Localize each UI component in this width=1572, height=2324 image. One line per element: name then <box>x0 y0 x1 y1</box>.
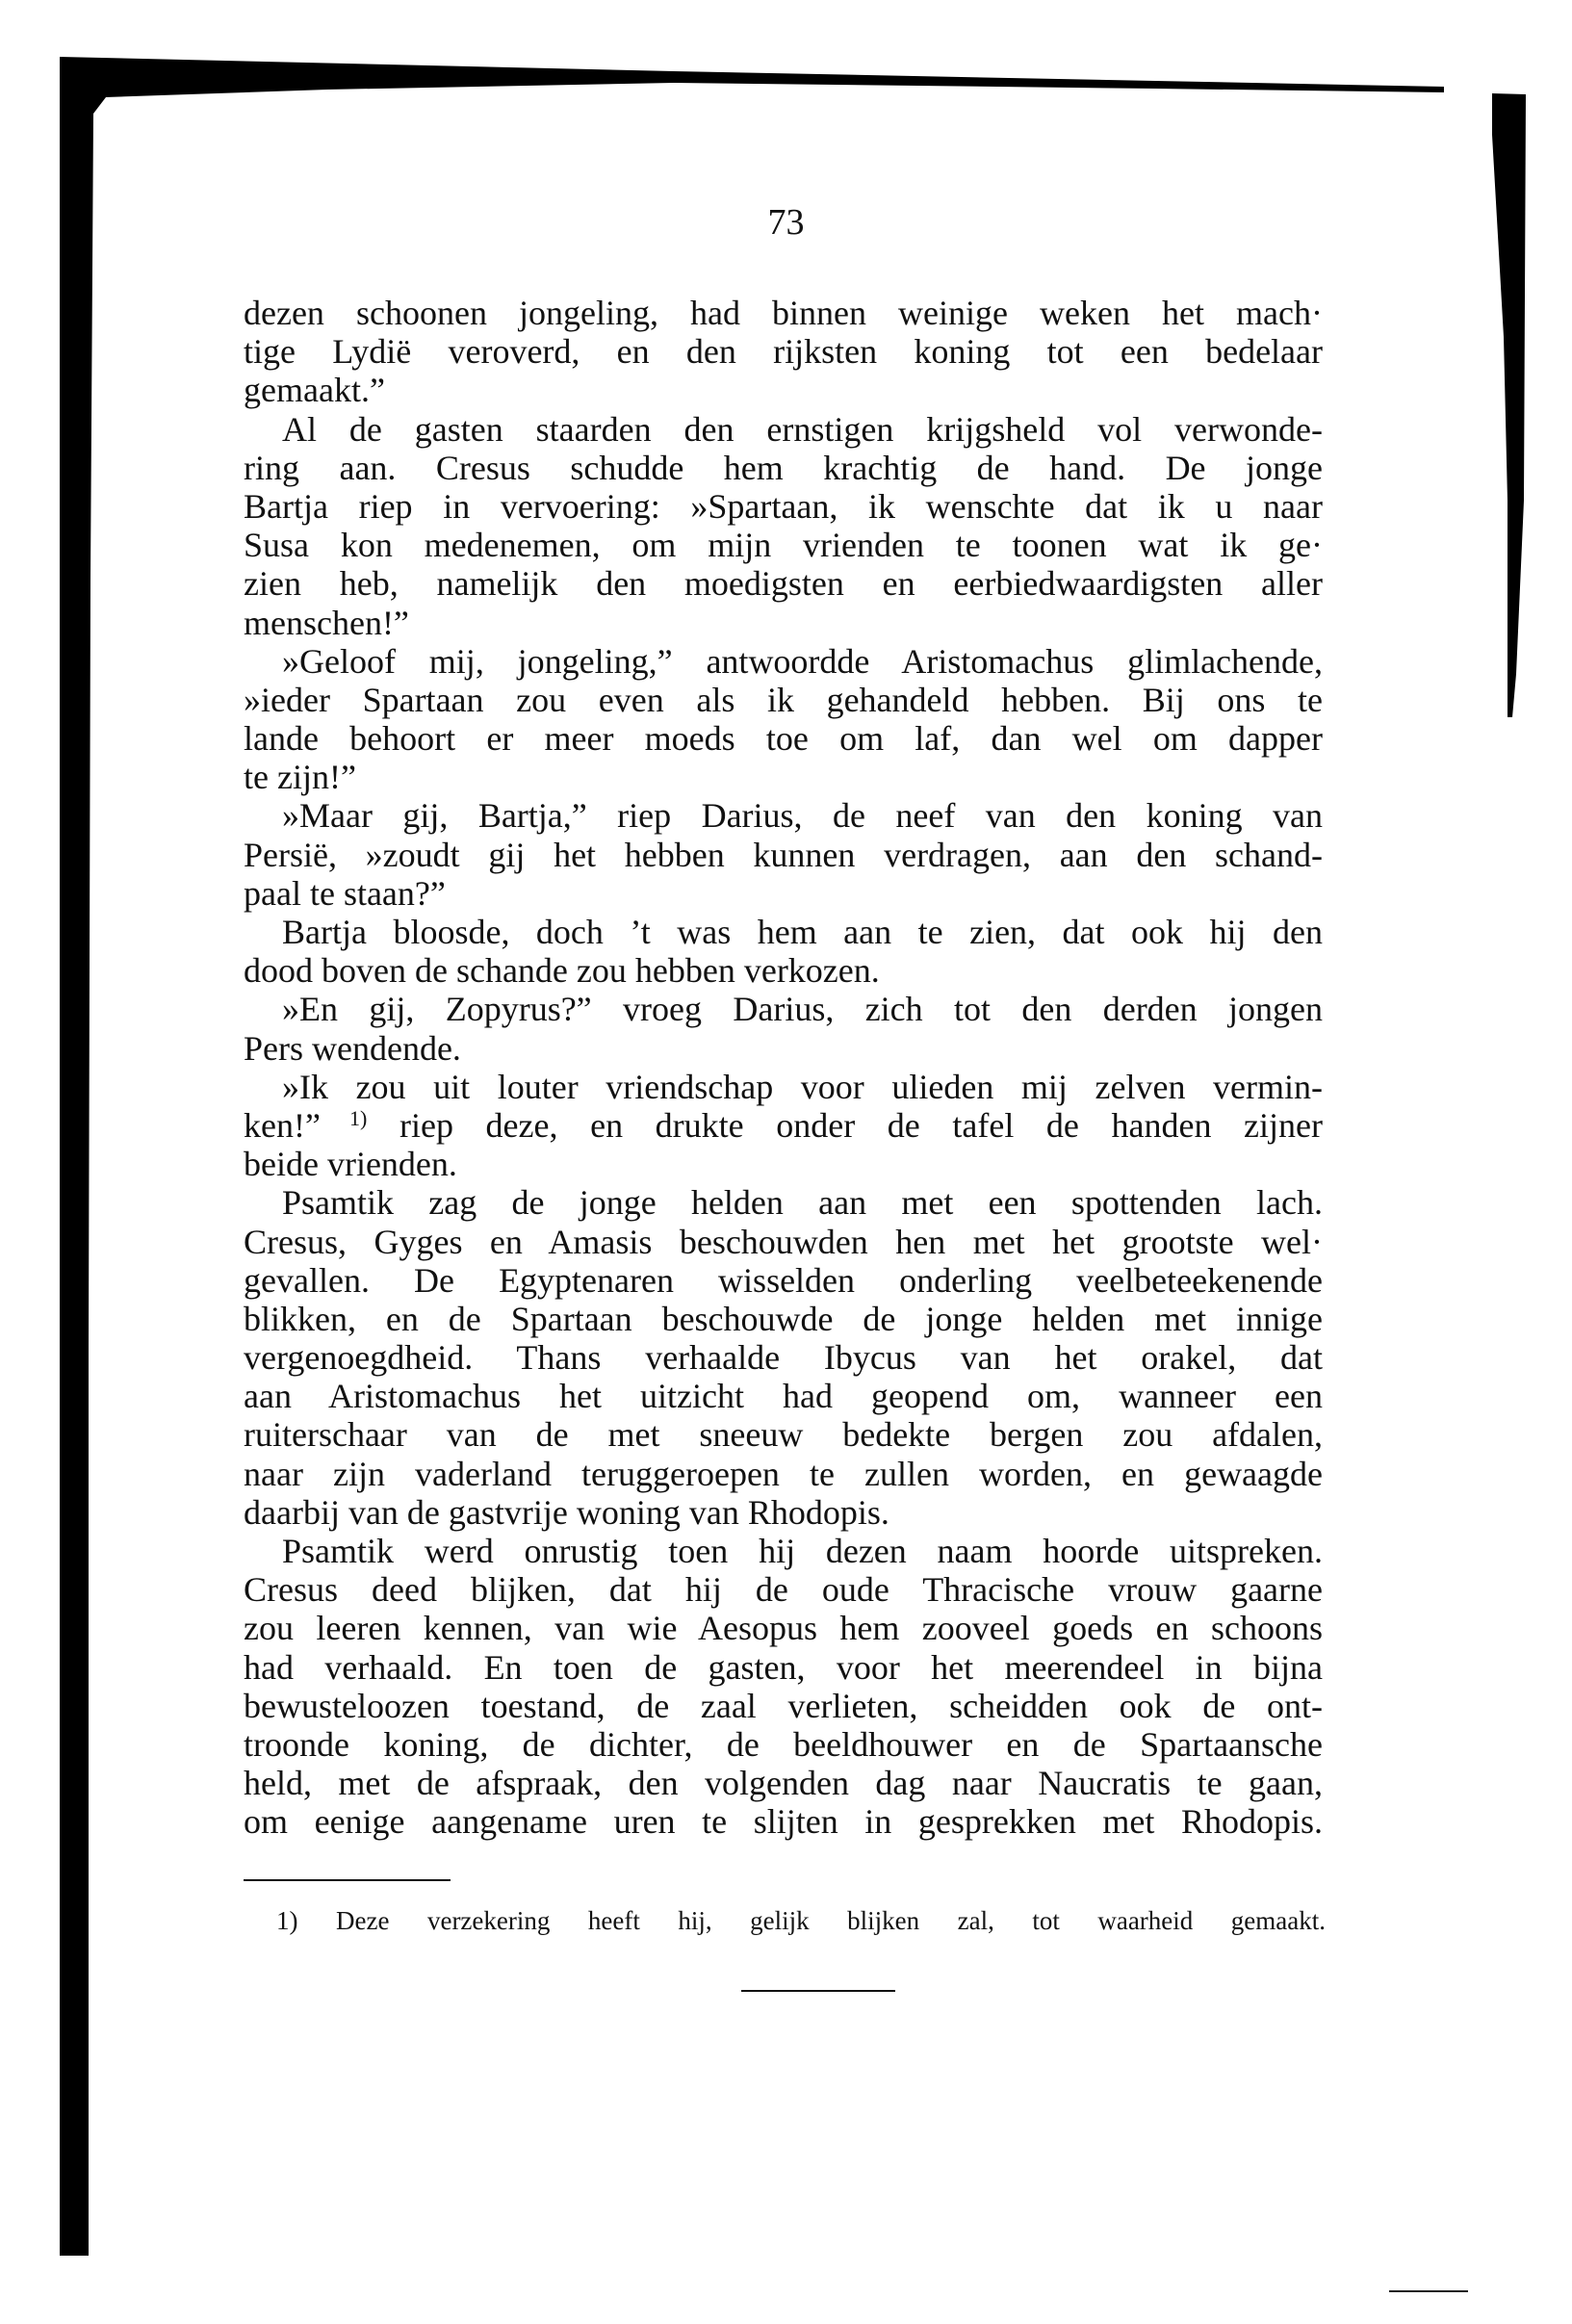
body-text: dezen schoonen jongeling, had binnen wei… <box>244 294 1323 1842</box>
text-line: menschen!” <box>244 604 1323 642</box>
footnote-separator <box>244 1879 451 1881</box>
text-line: »En gij, Zopyrus?” vroeg Darius, zich to… <box>244 990 1323 1028</box>
text-line: held, met de afspraak, den volgenden dag… <box>244 1764 1323 1802</box>
text-line: »ieder Spartaan zou even als ik gehandel… <box>244 681 1323 719</box>
text-line: troonde koning, de dichter, de beeldhouw… <box>244 1725 1323 1764</box>
text-line: zien heb, namelijk den moedigsten en eer… <box>244 564 1323 603</box>
text-line: Cresus deed blijken, dat hij de oude Thr… <box>244 1570 1323 1609</box>
text-line: naar zijn vaderland teruggeroepen te zul… <box>244 1455 1323 1493</box>
text-line: vergenoegdheid. Thans verhaalde Ibycus v… <box>244 1338 1323 1377</box>
text-line: te zijn!” <box>244 758 1323 796</box>
text-line: gemaakt.” <box>244 371 1323 409</box>
text-line: »Geloof mij, jongeling,” antwoordde Aris… <box>244 642 1323 681</box>
footnote-reference[interactable]: 1) <box>321 1106 367 1130</box>
text-line: aan Aristomachus het uitzicht had geopen… <box>244 1377 1323 1415</box>
text-line: bewusteloozen toestand, de zaal verliete… <box>244 1687 1323 1725</box>
text-line: lande behoort er meer moeds toe om laf, … <box>244 719 1323 758</box>
footnote: 1) Deze verzekering heeft hij, gelijk bl… <box>276 1904 1326 1937</box>
text-line: Bartja riep in vervoering: »Spartaan, ik… <box>244 487 1323 526</box>
text-line: Psamtik werd onrustig toen hij dezen naa… <box>244 1532 1323 1570</box>
end-rule <box>741 1990 895 1992</box>
text-line: »Ik zou uit louter vriendschap voor ulie… <box>244 1068 1323 1106</box>
text-line: zou leeren kennen, van wie Aesopus hem z… <box>244 1609 1323 1647</box>
text-line: ring aan. Cresus schudde hem krachtig de… <box>244 449 1323 487</box>
text-line: had verhaald. En toen de gasten, voor he… <box>244 1648 1323 1687</box>
text-line: »Maar gij, Bartja,” riep Darius, de neef… <box>244 796 1323 835</box>
text-line: tige Lydië veroverd, en den rijksten kon… <box>244 332 1323 371</box>
text-line: Persië, »zoudt gij het hebben kunnen ver… <box>244 836 1323 874</box>
text-line: ken!” 1) riep deze, en drukte onder de t… <box>244 1106 1323 1145</box>
text-line: Pers wendende. <box>244 1029 1323 1068</box>
text-line: Bartja bloosde, doch ’t was hem aan te z… <box>244 913 1323 951</box>
page-number: 73 <box>0 203 1572 242</box>
text-line: ruiterschaar van de met sneeuw bedekte b… <box>244 1415 1323 1454</box>
text-line: beide vrienden. <box>244 1145 1323 1183</box>
text-line: dood boven de schande zou hebben verkoze… <box>244 951 1323 990</box>
text-line: om eenige aangename uren te slijten in g… <box>244 1802 1323 1841</box>
text-line: daarbij van de gastvrije woning van Rhod… <box>244 1493 1323 1532</box>
text-line: Al de gasten staarden den ernstigen krij… <box>244 410 1323 449</box>
text-line: Cresus, Gyges en Amasis beschouwden hen … <box>244 1223 1323 1261</box>
text-line: blikken, en de Spartaan beschouwde de jo… <box>244 1300 1323 1338</box>
text-line: gevallen. De Egyptenaren wisselden onder… <box>244 1261 1323 1300</box>
text-line: paal te staan?” <box>244 874 1323 913</box>
scan-border-right <box>1492 93 1526 717</box>
text-line: dezen schoonen jongeling, had binnen wei… <box>244 294 1323 332</box>
text-line: Psamtik zag de jonge helden aan met een … <box>244 1183 1323 1222</box>
text-line: Susa kon medenemen, om mijn vrienden te … <box>244 526 1323 564</box>
corner-mark <box>1389 2290 1468 2292</box>
